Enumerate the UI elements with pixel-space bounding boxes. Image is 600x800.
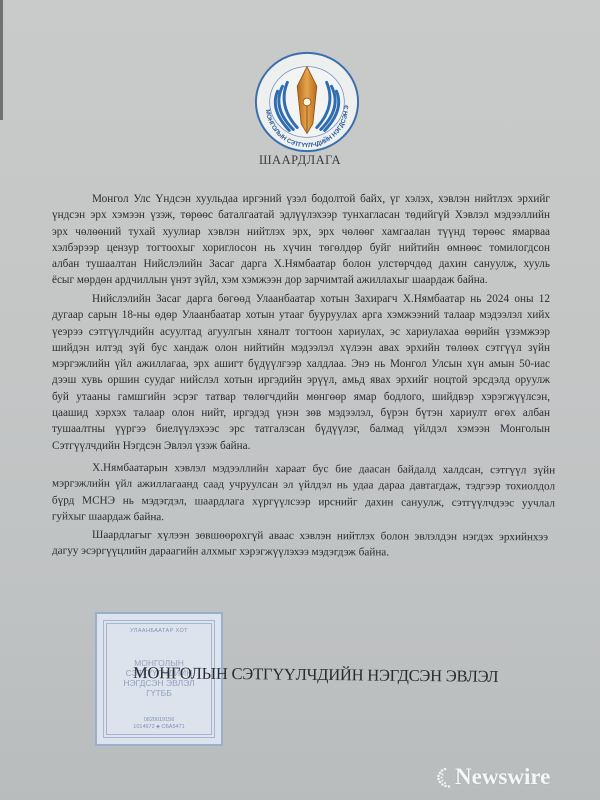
text-line: дээш хувь оршин суудаг нийслэл хотын ирг… <box>52 372 550 388</box>
newswire-globe-icon <box>433 765 453 789</box>
stamp-codes: 0820019156 1014672 ♣ СБА5471 <box>97 717 221 731</box>
newswire-label: Newswire <box>455 764 550 790</box>
text-line: Нийслэлийн Засаг дарга бөгөөд Улаанбаата… <box>52 291 550 307</box>
signature-line: МОНГОЛЫН СЭТГҮҮЛЧДИЙН НЭГДСЭН ЭВЛЭЛ <box>133 663 499 687</box>
stamp-code-line: 0820019156 <box>97 717 221 724</box>
text-line: тушаалтны үүргээ биелүүлэхээс эрс татгал… <box>52 421 550 437</box>
text-line: үеэрээ сэтгүүлчдийн асуултад агуулгын хя… <box>52 324 550 340</box>
paragraph-2: Нийслэлийн Засаг дарга бөгөөд Улаанбаата… <box>52 291 550 454</box>
text-line: Монгол Улс Үндсэн хуульдаа иргэний үзэл … <box>52 191 550 207</box>
text-line: эрх чөлөөний тухай хуулиар хэвлэн нийтлэ… <box>52 224 550 240</box>
text-line: албан тушаалтан Нийслэлийн Засаг дарга Х… <box>52 256 550 272</box>
stamp-name-line: ГҮТББ <box>97 688 221 698</box>
text-line: цаашид хэрхэх талаар олон нийт, иргэдэд … <box>52 405 550 421</box>
text-line: ёсыг мөрдөн ардчиллын үнэт зүйл, хэм хэм… <box>52 272 550 288</box>
text-line: дугаар сарын 18-ны өдөр Улаанбаатар хоты… <box>52 307 550 323</box>
text-line: шийдэн илтэд зүй бус хандаж олон нийтийн… <box>52 340 550 356</box>
document-title: ШААРДЛАГА <box>0 153 600 168</box>
text-line: Сэтгүүлчдийн Нэгдсэн Эвлэл үзэж байна. <box>52 438 550 454</box>
union-logo: МОНГОЛЫН СЭТГҮҮЛЧДИЙН НЭГДСЭН ЭВЛЭЛ <box>248 47 366 157</box>
stamp-city: УЛААНБААТАР ХОТ <box>97 628 221 634</box>
text-line: буй утааны гамшгийн эсрэг татвар төлөгчд… <box>52 389 550 405</box>
logo-emblem-icon: МОНГОЛЫН СЭТГҮҮЛЧДИЙН НЭГДСЭН ЭВЛЭЛ <box>248 47 366 157</box>
text-line: хэлбэрээр цензур тогтоохыг хориглосон нь… <box>52 240 550 256</box>
page-edge <box>0 0 3 120</box>
text-line: дагуу эсэргүүцлийн дараагийн алхмыг хэрэ… <box>52 543 548 562</box>
newswire-watermark: Newswire <box>433 762 550 792</box>
paragraph-3: Х.Нямбаатарын хэвлэл мэдээллийн хараат б… <box>52 459 555 527</box>
text-line: гуйхыг шаардаж байна. <box>52 508 555 527</box>
text-line: мэргэжлийн үйл ажиллагаа, эрх ашигт бүдү… <box>52 356 550 372</box>
paragraph-1: Монгол Улс Үндсэн хуульдаа иргэний үзэл … <box>52 191 550 289</box>
stamp-code-line: 1014672 ♣ СБА5471 <box>97 724 221 731</box>
text-line: үндсэн эрх хэмээн үзэж, төрөөс баталгаат… <box>52 207 550 223</box>
paragraph-4: Шаардлагыг хүлээн зөвшөөрөхгүй аваас хэв… <box>52 527 548 562</box>
